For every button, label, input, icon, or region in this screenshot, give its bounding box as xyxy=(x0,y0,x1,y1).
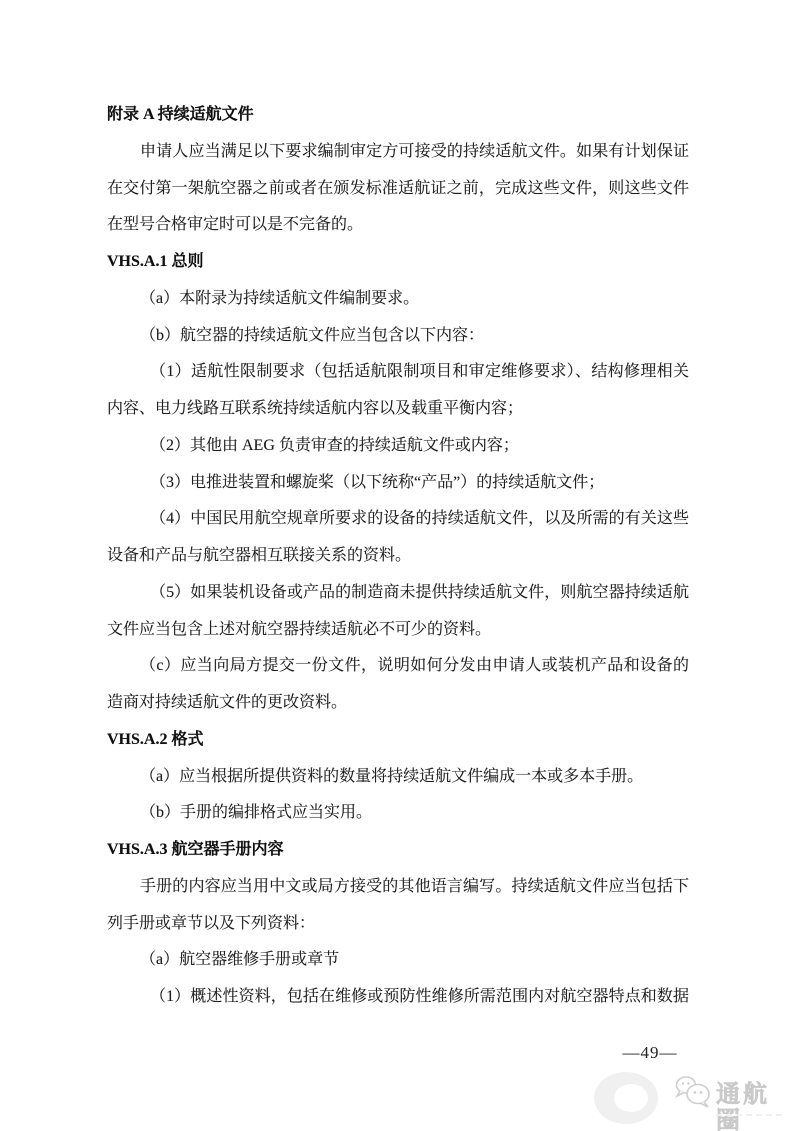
section-heading: VHS.A.2 格式 xyxy=(107,722,689,759)
text-line: （1）适航性限制要求（包括适航限制项目和审定维修要求）、结构修理相关 xyxy=(107,354,689,391)
text-line: （1）概述性资料，包括在维修或预防性维修所需范围内对航空器特点和数据 xyxy=(107,979,689,1016)
text-line: （3）电推进装置和螺旋桨（以下统称“产品”）的持续适航文件； xyxy=(107,465,689,502)
text-line: （c）应当向局方提交一份文件，说明如何分发由申请人或装机产品和设备的制 xyxy=(107,648,689,685)
text-line: 列手册或章节以及下列资料： xyxy=(107,906,689,943)
text-line: （a）航空器维修手册或章节 xyxy=(107,942,689,979)
text-line: 设备和产品与航空器相互联接关系的资料。 xyxy=(107,538,689,575)
watermark-brand-text: 通航圈 xyxy=(716,1082,792,1131)
text-line: （4）中国民用航空规章所要求的设备的持续适航文件，以及所需的有关这些 xyxy=(107,501,689,538)
section-heading: VHS.A.1 总则 xyxy=(107,244,689,281)
document-page: 附录 A 持续适航文件申请人应当满足以下要求编制审定方可接受的持续适航文件。如果… xyxy=(0,0,800,1131)
page-number: —49— xyxy=(597,1041,703,1065)
text-line: （5）如果装机设备或产品的制造商未提供持续适航文件，则航空器持续适航 xyxy=(107,575,689,612)
section-heading: VHS.A.3 航空器手册内容 xyxy=(107,832,689,869)
text-line: （2）其他由 AEG 负责审查的持续适航文件或内容； xyxy=(107,428,689,465)
section-heading: 附录 A 持续适航文件 xyxy=(107,97,689,134)
text-line: 内容、电力线路互联系统持续适航内容以及载重平衡内容； xyxy=(107,391,689,428)
text-line: 文件应当包含上述对航空器持续适航必不可少的资料。 xyxy=(107,612,689,649)
watermark-circle-hole xyxy=(614,1084,648,1112)
text-line: （a）本附录为持续适航文件编制要求。 xyxy=(107,281,689,318)
watermark: 通航圈 xyxy=(592,1066,792,1126)
text-line: 在交付第一架航空器之前或者在颁发标准适航证之前，完成这些文件，则这些文件 xyxy=(107,171,689,208)
text-line: 在型号合格审定时可以是不完备的。 xyxy=(107,207,689,244)
text-line: （b）航空器的持续适航文件应当包含以下内容： xyxy=(107,318,689,355)
text-line: （a）应当根据所提供资料的数量将持续适航文件编成一本或多本手册。 xyxy=(107,759,689,796)
watermark-circle-blob xyxy=(594,1072,658,1124)
text-line: 申请人应当满足以下要求编制审定方可接受的持续适航文件。如果有计划保证 xyxy=(107,134,689,171)
text-line: （b）手册的编排格式应当实用。 xyxy=(107,795,689,832)
text-line: 手册的内容应当用中文或局方接受的其他语言编写。持续适航文件应当包括下 xyxy=(107,869,689,906)
document-body: 附录 A 持续适航文件申请人应当满足以下要求编制审定方可接受的持续适航文件。如果… xyxy=(107,97,689,1016)
text-line: 造商对持续适航文件的更改资料。 xyxy=(107,685,689,722)
watermark-underline xyxy=(716,1114,784,1116)
wechat-chat-bubbles-icon xyxy=(674,1074,714,1110)
